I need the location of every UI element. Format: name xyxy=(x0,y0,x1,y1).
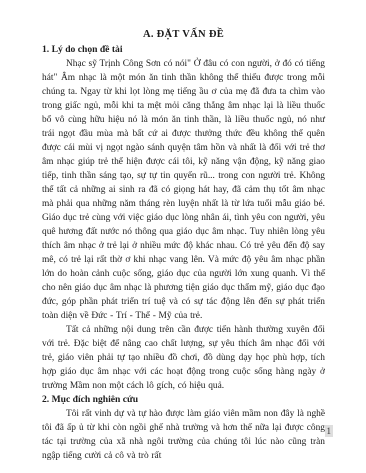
paragraph-intro-music: Nhạc sỹ Trịnh Công Sơn có nói" Ở đâu có … xyxy=(42,57,325,323)
section-heading-purpose: 2. Mục đích nghiên cứu xyxy=(42,393,325,407)
page-footer: 1 xyxy=(325,421,334,439)
document-page: A. ĐẶT VẤN ĐỀ 1. Lý do chọn đề tài Nhạc … xyxy=(0,0,366,473)
page-number: 1 xyxy=(325,425,334,437)
paragraph-teacher-tasks: Tất cả những nội dung trên cần được tiến… xyxy=(42,323,325,393)
section-heading-reason: 1. Lý do chọn đề tài xyxy=(42,43,325,57)
paragraph-purpose: Tôi rất vinh dự và tự hào được làm giáo … xyxy=(42,407,325,463)
document-title: A. ĐẶT VẤN ĐỀ xyxy=(42,28,325,42)
